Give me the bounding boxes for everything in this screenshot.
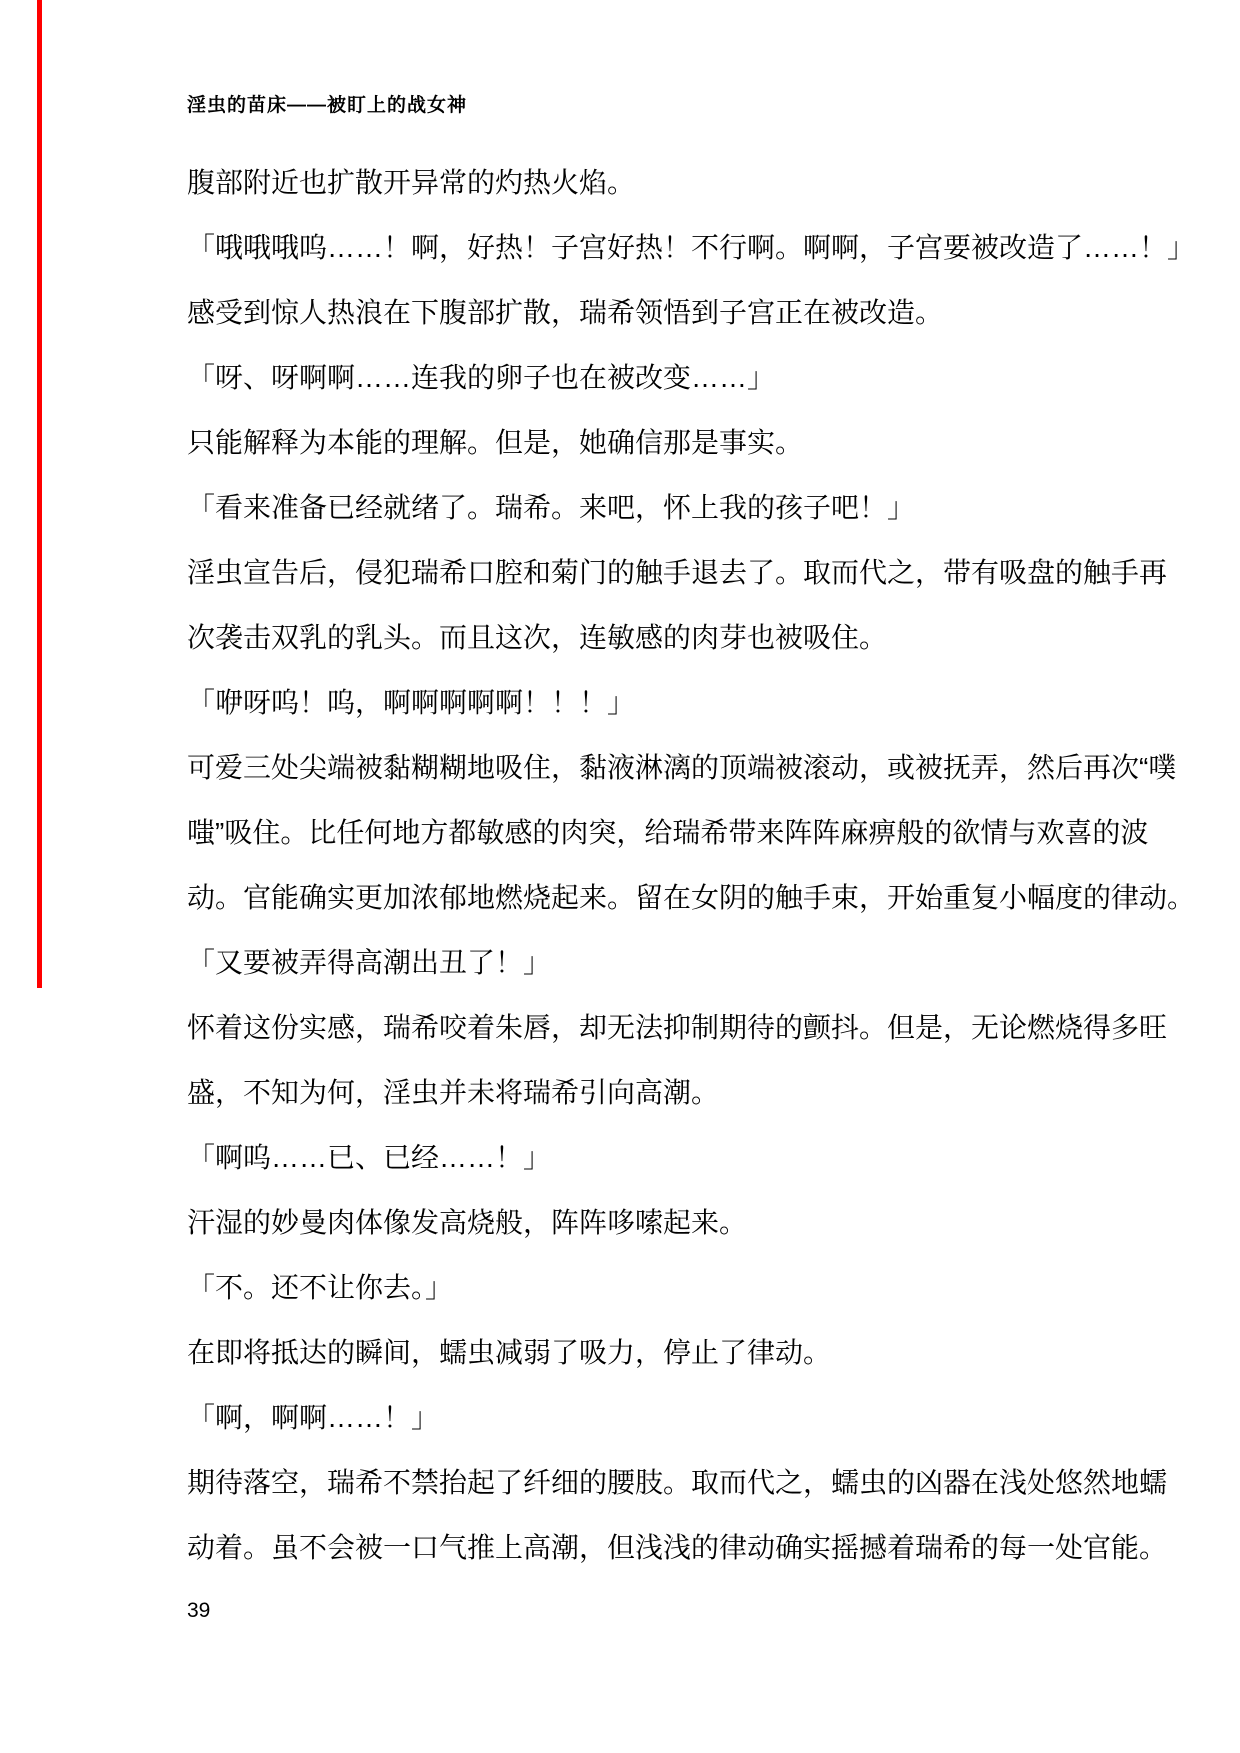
text-line: 「咿呀呜！呜，啊啊啊啊啊！！！」 [187, 670, 1082, 735]
text-line: 动着。虽不会被一口气推上高潮，但浅浅的律动确实摇撼着瑞希的每一处官能。 [187, 1515, 1082, 1580]
text-line: 在即将抵达的瞬间，蠕虫减弱了吸力，停止了律动。 [187, 1320, 1082, 1385]
text-line: 腹部附近也扩散开异常的灼热火焰。 [187, 150, 1082, 215]
red-margin-annotation-line [37, 0, 42, 988]
text-line: 「看来准备已经就绪了。瑞希。来吧，怀上我的孩子吧！」 [187, 475, 1082, 540]
text-line: 可爱三处尖端被黏糊糊地吸住，黏液淋漓的顶端被滚动，或被抚弄，然后再次“噗 [187, 735, 1082, 800]
text-line: 期待落空，瑞希不禁抬起了纤细的腰肢。取而代之，蠕虫的凶器在浅处悠然地蠕 [187, 1450, 1082, 1515]
text-line: 汗湿的妙曼肉体像发高烧般，阵阵哆嗦起来。 [187, 1190, 1082, 1255]
text-line: 「呀、呀啊啊……连我的卵子也在被改变……」 [187, 345, 1082, 410]
text-line: 次袭击双乳的乳头。而且这次，连敏感的肉芽也被吸住。 [187, 605, 1082, 670]
running-header-title: 淫虫的苗床——被盯上的战女神 [187, 90, 467, 117]
text-line: 怀着这份实感，瑞希咬着朱唇，却无法抑制期待的颤抖。但是，无论燃烧得多旺 [187, 995, 1082, 1060]
text-line: 「不。还不让你去。」 [187, 1255, 1082, 1320]
body-text: 腹部附近也扩散开异常的灼热火焰。 「哦哦哦呜……！啊，好热！子宫好热！不行啊。啊… [187, 150, 1082, 1580]
page-number: 39 [187, 1599, 210, 1623]
text-line: 「啊呜……已、已经……！」 [187, 1125, 1082, 1190]
text-line: 淫虫宣告后，侵犯瑞希口腔和菊门的触手退去了。取而代之，带有吸盘的触手再 [187, 540, 1082, 605]
text-line: 只能解释为本能的理解。但是，她确信那是事实。 [187, 410, 1082, 475]
text-line: 「哦哦哦呜……！啊，好热！子宫好热！不行啊。啊啊，子宫要被改造了……！」 [187, 215, 1082, 280]
text-line: 「又要被弄得高潮出丑了！」 [187, 930, 1082, 995]
text-line: 盛，不知为何，淫虫并未将瑞希引向高潮。 [187, 1060, 1082, 1125]
text-line: 动。官能确实更加浓郁地燃烧起来。留在女阴的触手束，开始重复小幅度的律动。 [187, 865, 1082, 930]
text-line: 「啊，啊啊……！」 [187, 1385, 1082, 1450]
document-page: 淫虫的苗床——被盯上的战女神 腹部附近也扩散开异常的灼热火焰。 「哦哦哦呜……！… [0, 0, 1240, 1753]
text-line: 嗤”吸住。比任何地方都敏感的肉突，给瑞希带来阵阵麻痹般的欲情与欢喜的波 [187, 800, 1082, 865]
text-line: 感受到惊人热浪在下腹部扩散，瑞希领悟到子宫正在被改造。 [187, 280, 1082, 345]
